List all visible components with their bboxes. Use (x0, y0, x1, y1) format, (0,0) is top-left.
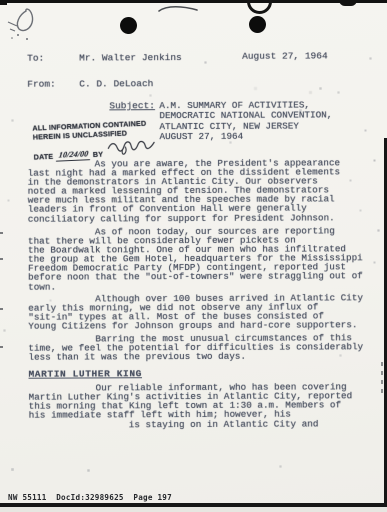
to-value: Mr. Walter Jenkins (79, 53, 182, 63)
paragraph-1: As you are aware, the President's appear… (28, 158, 370, 223)
from-label: From: (27, 80, 56, 89)
scanned-memo-page: To: Mr. Walter Jenkins August 27, 1964 F… (0, 0, 387, 512)
paragraph-3: Although over 100 buses arrived in Atlan… (28, 293, 370, 331)
to-label: To: (27, 54, 44, 63)
memo-date: August 27, 1964 (242, 51, 328, 61)
classification-stamp: ALL INFORMATION CONTAINED HEREIN IS UNCL… (32, 119, 155, 162)
paragraph-2: As of noon today, our sources are report… (28, 226, 370, 291)
stamp-date-label: DATE (34, 153, 54, 162)
subject-block: A.M. SUMMARY OF ACTIVITIES, DEMOCRATIC N… (159, 100, 332, 142)
subject-label: Subject: (109, 101, 155, 110)
memo-body: To: Mr. Walter Jenkins August 27, 1964 F… (0, 0, 387, 512)
paragraph-5-continuation: is staying on in Atlantic City and (129, 419, 319, 429)
stamp-signature-icon (107, 137, 156, 159)
stamp-by-label: BY (93, 151, 104, 160)
from-value: C. D. DeLoach (79, 79, 153, 89)
paragraph-5: Our reliable informant, who has been cov… (29, 382, 371, 420)
stamp-date-value: 10/24/00 (56, 150, 91, 161)
paragraph-4: Barring the most unusual circumstances o… (28, 333, 370, 362)
mlk-section-heading: MARTIN LUTHER KING (28, 369, 141, 379)
archive-footer: NW 55111 DocId:32989625 Page 197 (8, 493, 172, 502)
